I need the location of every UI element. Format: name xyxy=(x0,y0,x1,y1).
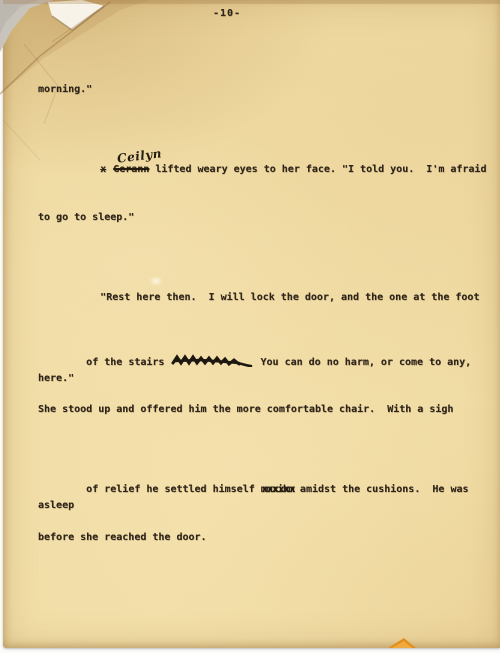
text-line-8: before she reached the door. xyxy=(38,530,490,546)
line-5-text-pre: of the stairs xyxy=(86,357,170,368)
handwritten-name-annotation: Ceilyn xyxy=(117,147,163,164)
scribbled-out-word xyxy=(171,354,253,367)
manuscript-body: morning." xGerannCeilyn lifted weary eye… xyxy=(38,34,490,594)
text-line-2: xGerannCeilyn lifted weary eyes to her f… xyxy=(38,146,490,162)
overstrike-x-layer: xxxxxx xyxy=(262,482,295,498)
text-line-6: She stood up and offered him the more co… xyxy=(38,402,490,418)
text-line-3: to go to sleep." xyxy=(38,210,490,226)
overstruck-word-group: mmxikmxxxxxx xyxy=(261,482,294,498)
line-2-text: lifted weary eyes to her face. "I told y… xyxy=(149,164,486,175)
scanned-manuscript-page: -10- morning." xGerannCeilyn lifted wear… xyxy=(0,0,500,653)
text-line-4: "Rest here then. I will lock the door, a… xyxy=(38,274,490,290)
text-line-7: of relief he settled himself mmxikmxxxxx… xyxy=(38,466,490,482)
typewritten-text-layer: -10- morning." xGerannCeilyn lifted wear… xyxy=(0,0,500,653)
struck-character: x xyxy=(100,164,106,175)
line-4-text: "Rest here then. I will lock the door, a… xyxy=(100,292,479,303)
line-7-text-pre: of relief he settled himself xyxy=(86,484,261,495)
text-line-5: of the stairs You can do no harm, or com… xyxy=(38,338,490,354)
text-line-1: morning." xyxy=(38,82,490,98)
correction-fluid-smudge xyxy=(149,276,163,286)
page-number: -10- xyxy=(0,6,454,22)
struck-typed-name: Gerann xyxy=(113,164,149,175)
corrected-name-group: GerannCeilyn xyxy=(113,162,149,178)
